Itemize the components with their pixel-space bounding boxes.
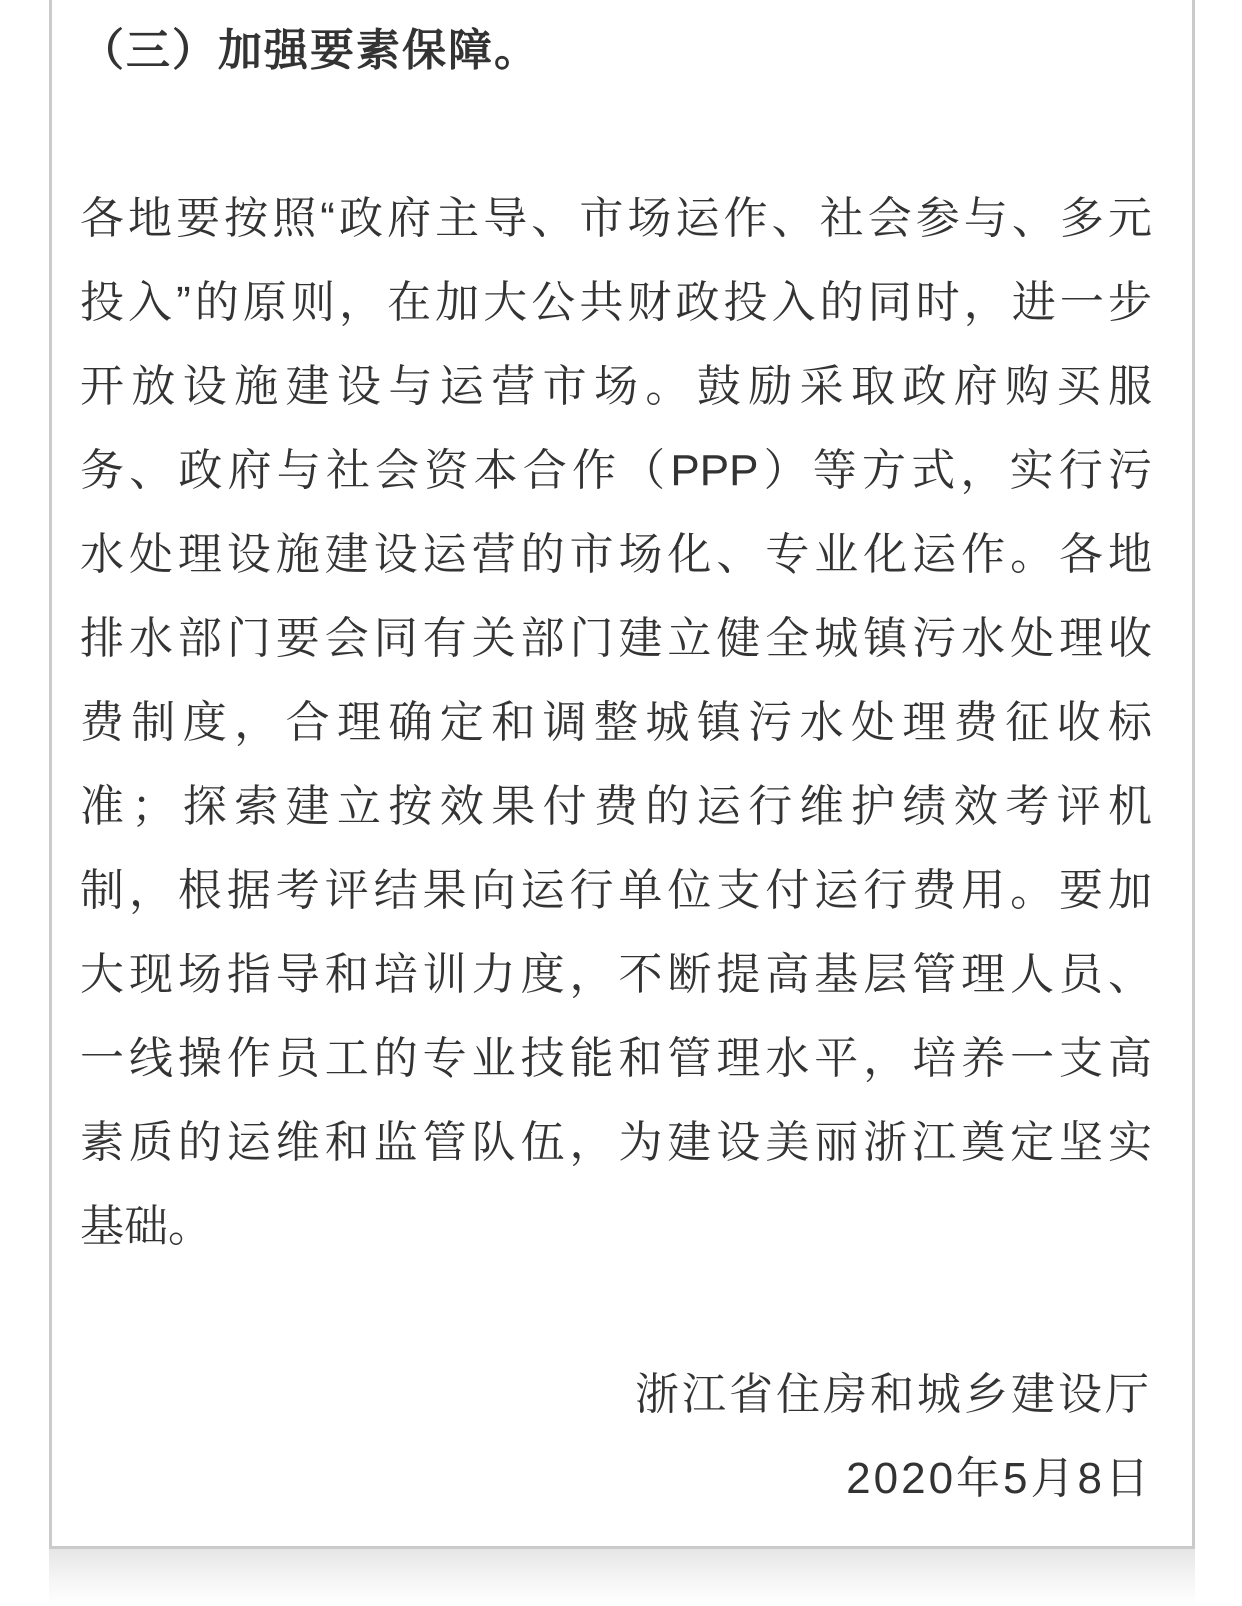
page-bottom-shadow: [49, 1549, 1195, 1606]
paragraph-line: 投入”的原则，在加大公共财政投入的同时，进一步: [80, 261, 1152, 345]
signature-org: 浙江省住房和城乡建设厅: [80, 1353, 1152, 1437]
paragraph-line: 开放设施建设与运营市场。鼓励采取政府购买服: [80, 345, 1152, 429]
paragraph-line: 各地要按照“政府主导、市场运作、社会参与、多元: [80, 177, 1152, 261]
signature-block: 浙江省住房和城乡建设厅 2020年5月8日: [80, 1353, 1152, 1521]
paragraph-line: 排水部门要会同有关部门建立健全城镇污水处理收: [80, 597, 1152, 681]
paragraph-line: 素质的运维和监管队伍，为建设美丽浙江奠定坚实: [80, 1101, 1152, 1185]
paragraph-line: 务、政府与社会资本合作（PPP）等方式，实行污: [80, 429, 1152, 513]
article-page: （三）加强要素保障。 各地要按照“政府主导、市场运作、社会参与、多元 投入”的原…: [49, 0, 1195, 1549]
section-heading: （三）加强要素保障。: [80, 9, 1152, 93]
paragraph-line: 准；探索建立按效果付费的运行维护绩效考评机: [80, 765, 1152, 849]
paragraph-line: 基础。: [80, 1185, 1152, 1269]
signature-date: 2020年5月8日: [80, 1437, 1152, 1521]
paragraph-line: 一线操作员工的专业技能和管理水平，培养一支高: [80, 1017, 1152, 1101]
paragraph-line: 费制度，合理确定和调整城镇污水处理费征收标: [80, 681, 1152, 765]
paragraph-line: 大现场指导和培训力度，不断提高基层管理人员、: [80, 933, 1152, 1017]
paragraph: 各地要按照“政府主导、市场运作、社会参与、多元 投入”的原则，在加大公共财政投入…: [80, 177, 1152, 1269]
paragraph-line: 水处理设施建设运营的市场化、专业化运作。各地: [80, 513, 1152, 597]
paragraph-line: 制，根据考评结果向运行单位支付运行费用。要加: [80, 849, 1152, 933]
